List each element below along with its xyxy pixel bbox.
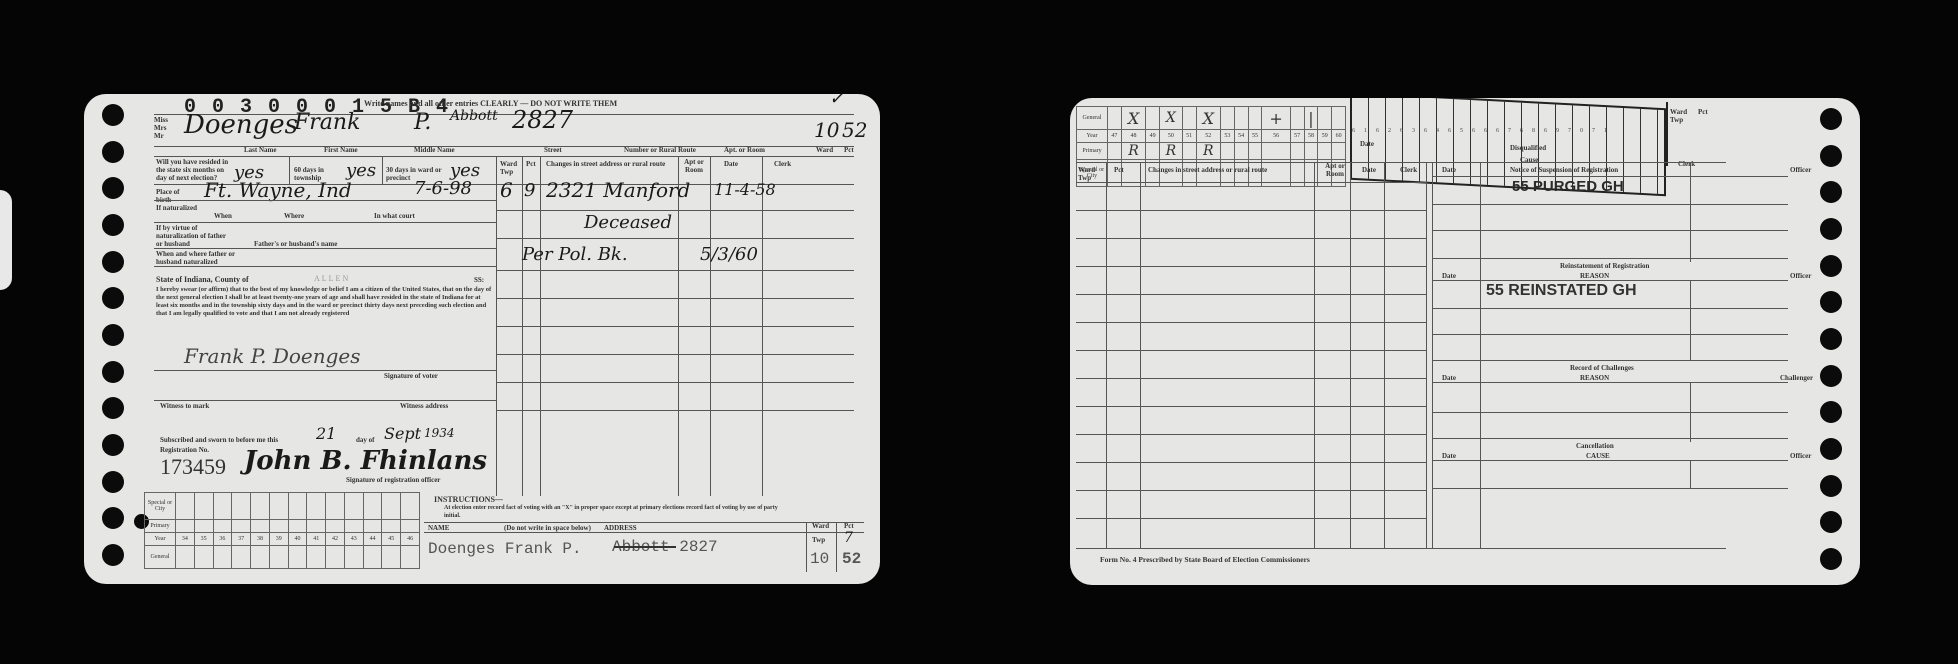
label-number: Number or Rural Route (624, 146, 696, 154)
vote-grid-back: General XXX+| Year 474849505152535455565… (1076, 106, 1346, 187)
street: Abbott (450, 108, 498, 124)
punch-hole (102, 397, 124, 419)
year-cell: 35 (194, 533, 213, 546)
registration-card-back: General XXX+| Year 474849505152535455565… (1070, 98, 1860, 585)
year-cell: 54 (1234, 130, 1248, 143)
label-date: Date (724, 160, 738, 168)
change-address-deceased: Deceased (584, 212, 672, 233)
grid-row-primary: Primary (145, 520, 420, 533)
suspension-stamp: 55 PURGED GH (1512, 178, 1624, 195)
year-cell: 59 (1318, 130, 1332, 143)
year-cell: 60 (1332, 130, 1346, 143)
cancellation-title: Cancellation (1576, 442, 1614, 450)
sworn-month: Sept (384, 424, 421, 443)
grid-row-year: Year 4748495051525354555657585960 (1077, 130, 1346, 143)
label-when-where-father: When and where father or husband natural… (156, 250, 246, 266)
year-cell: 58 (1304, 130, 1318, 143)
label-changes-address: Changes in street address or rural route (546, 160, 676, 168)
label-clerk: Clerk (774, 160, 791, 168)
punch-hole (1820, 145, 1842, 167)
year-cell: 44 (363, 533, 382, 546)
label-twp: Twp (812, 536, 825, 544)
county-value: ALLEN (314, 274, 350, 283)
vote-mark: X (1196, 107, 1220, 130)
street-number: 2827 (512, 106, 573, 134)
row-label: Year (145, 533, 176, 546)
header-instruction: Write names and all other entries CLEARL… (364, 100, 617, 108)
row-label: Primary (1077, 143, 1108, 160)
label-ward-3: Ward (812, 522, 829, 530)
year-cell: 51 (1182, 130, 1196, 143)
suspension-title: Notice of Suspension of Registration (1510, 166, 1618, 174)
form-footer: Form No. 4 Prescribed by State Board of … (1100, 556, 1310, 564)
typed-ward: 10 (810, 550, 829, 568)
label-no-write: (Do not write in space below) (504, 524, 591, 532)
punch-hole (102, 324, 124, 346)
year-cell: 52 (1196, 130, 1220, 143)
punch-hole (102, 434, 124, 456)
label-pct-3: Pct (844, 522, 854, 530)
label-suspension-officer: Officer (1790, 166, 1811, 174)
label-pct: Pct (844, 146, 854, 154)
vote-mark: R (1196, 143, 1220, 160)
label-subscribed: Subscribed and sworn to before me this (160, 436, 278, 444)
year-cell: 45 (382, 533, 401, 546)
grid-row-special: Special or City (145, 493, 420, 520)
place-of-birth-value: Ft. Wayne, Ind (204, 178, 352, 202)
change-date: 11-4-58 (714, 180, 776, 199)
label-registration-no: Registration No. (160, 446, 209, 454)
vote-mark: + (1262, 107, 1290, 130)
row-label: General (145, 546, 176, 569)
year-cell: 50 (1160, 130, 1183, 143)
punch-hole (1820, 511, 1842, 533)
voter-signature: Frank P. Doenges (184, 344, 361, 368)
label-middle-name: Middle Name (414, 146, 455, 154)
label-when: When (214, 212, 232, 220)
challenges-title: Record of Challenges (1570, 364, 1634, 372)
vote-mark: | (1304, 107, 1318, 130)
vote-mark: R (1121, 143, 1145, 160)
punch-hole (102, 361, 124, 383)
label-clerk: Clerk (1400, 166, 1417, 174)
label-last-name: Last Name (244, 146, 276, 154)
change-pct: 9 (524, 180, 535, 201)
year-cell: 36 (213, 533, 232, 546)
year-cell: 47 (1108, 130, 1122, 143)
label-pct: Pct (1114, 166, 1124, 174)
grid-row-general: General XXX+| (1077, 107, 1346, 130)
year-cell: 39 (269, 533, 288, 546)
previous-card-edge (0, 190, 12, 290)
label-reinstatement-reason: REASON (1580, 272, 1609, 280)
punch-hole (102, 544, 124, 566)
change-ward-twp: 6 (500, 178, 513, 202)
vote-mark: X (1121, 107, 1145, 130)
change-date-2: 5/3/60 (700, 244, 758, 265)
label-ss: SS: (474, 276, 484, 284)
label-state-county: State of Indiana, County of (156, 276, 249, 284)
year-cell: 41 (307, 533, 326, 546)
reinstatement-title: Reinstatement of Registration (1560, 262, 1649, 270)
punch-hole (102, 104, 124, 126)
label-reinstatement-officer: Officer (1790, 272, 1811, 280)
label-pct-2: Pct (526, 160, 536, 168)
label-place-of-birth: Place of birth (156, 188, 196, 204)
label-witness-address: Witness address (400, 402, 448, 410)
punch-hole (1820, 291, 1842, 313)
oath-text: I hereby swear (or affirm) that to the b… (156, 286, 492, 318)
label-ward-twp: Ward Twp (1078, 166, 1104, 182)
registration-number: 173459 (160, 454, 226, 480)
change-address: 2321 Manford (546, 178, 690, 202)
overlay-date-label: Date (1360, 140, 1374, 148)
grid-row-general: General (145, 546, 420, 569)
ward-value: 10 (814, 118, 839, 142)
punch-hole (1820, 548, 1842, 570)
officer-signature: John B. Fhinlans (244, 446, 487, 476)
typed-pct: 52 (842, 550, 861, 568)
row-label: General (1077, 107, 1108, 130)
punch-hole (1820, 475, 1842, 497)
vote-mark: X (1160, 107, 1183, 130)
year-cell: 57 (1290, 130, 1304, 143)
label-cancellation-officer: Officer (1790, 452, 1811, 460)
reinstatement-stamp: 55 REINSTATED GH (1486, 282, 1637, 300)
label-ward: Ward (816, 146, 833, 154)
label-challenges-date: Date (1442, 374, 1456, 382)
row-label: Primary (145, 520, 176, 533)
punch-hole (1820, 108, 1842, 130)
punch-hole (102, 177, 124, 199)
punch-hole (1820, 365, 1842, 387)
label-cancellation-date: Date (1442, 452, 1456, 460)
year-cell: 38 (251, 533, 270, 546)
year-cell: 46 (401, 533, 420, 546)
first-name: Frank (294, 110, 360, 135)
instructions-text: At election enter record fact of voting … (444, 504, 784, 520)
punch-hole (102, 141, 124, 163)
punch-hole (1820, 401, 1842, 423)
year-cell: 53 (1220, 130, 1234, 143)
label-father-name: Father's or husband's name (254, 240, 337, 248)
punch-holes-left (102, 104, 124, 566)
punch-hole (102, 251, 124, 273)
year-cell: 49 (1146, 130, 1160, 143)
label-address: ADDRESS (604, 524, 637, 532)
year-cell: 37 (232, 533, 251, 546)
overlay-disqualified-label: Disqualified (1510, 144, 1546, 152)
label-where: Where (284, 212, 304, 220)
label-signature-voter: Signature of voter (384, 372, 438, 380)
year-cell: 56 (1262, 130, 1290, 143)
year-cell: 40 (288, 533, 307, 546)
label-signature-officer: Signature of registration officer (346, 476, 440, 484)
birth-date-value: 7-6-98 (414, 178, 472, 199)
punch-hole (102, 507, 124, 529)
row-label: Year (1077, 130, 1108, 143)
instructions-title: INSTRUCTIONS— (434, 496, 503, 504)
label-day-of: day of (356, 436, 374, 444)
overlay-ward-twp: Ward Twp (1670, 108, 1690, 124)
registration-card-front: 0 0 3 0 0 0 1 5 B 4 Write names and all … (84, 94, 880, 584)
punch-hole (102, 471, 124, 493)
grid-row-year: Year 34353637383940414243444546 (145, 533, 420, 546)
label-challenger: Challenger (1780, 374, 1813, 382)
punch-hole (102, 214, 124, 236)
sworn-day: 21 (316, 424, 336, 443)
label-naturalized: If naturalized (156, 204, 206, 212)
last-name: Doenges (184, 110, 298, 140)
label-suspension-date: Date (1442, 166, 1456, 174)
label-date: Date (1362, 166, 1376, 174)
label-name: NAME (428, 524, 449, 532)
label-first-name: First Name (324, 146, 358, 154)
change-address-per-pol-bk: Per Pol. Bk. (522, 244, 628, 265)
check-mark: ✓ (829, 94, 844, 109)
year-cell: 55 (1248, 130, 1262, 143)
pct-correction: 7 (844, 530, 853, 546)
label-court: In what court (374, 212, 415, 220)
label-witness-mark: Witness to mark (160, 402, 209, 410)
sworn-year: 1934 (424, 426, 455, 440)
label-apt-room: Apt or Room (1320, 162, 1350, 178)
vote-mark: R (1160, 143, 1183, 160)
label-cancellation-cause: CAUSE (1586, 452, 1610, 460)
pct-value: 52 (842, 118, 867, 142)
label-changes-address: Changes in street address or rural route (1148, 166, 1267, 174)
year-cell: 34 (176, 533, 195, 546)
punch-hole (102, 287, 124, 309)
punch-holes-right (1820, 108, 1842, 570)
vote-grid-front: Special or City Primary Year 34353637383… (144, 492, 420, 569)
label-street: Street (544, 146, 562, 154)
prefix-labels: Miss Mrs Mr (154, 116, 174, 140)
punch-hole (1820, 438, 1842, 460)
grid-row-primary: Primary RRR (1077, 143, 1346, 160)
label-challenges-reason: REASON (1580, 374, 1609, 382)
label-ward-twp: Ward Twp (500, 160, 520, 176)
row-label: Special or City (145, 493, 176, 520)
strike-through (614, 546, 676, 548)
punch-hole (1820, 181, 1842, 203)
year-cell: 43 (344, 533, 363, 546)
year-cell: 48 (1121, 130, 1145, 143)
punch-hole (1820, 218, 1842, 240)
typed-name: Doenges Frank P. (428, 540, 582, 558)
punch-hole (1820, 328, 1842, 350)
overlay-years: 6162636465666768697071 (1352, 128, 1662, 134)
punch-hole (1820, 255, 1842, 277)
year-cell: 42 (326, 533, 345, 546)
label-apt-room: Apt or Room (682, 158, 706, 174)
label-apt: Apt. or Room (724, 146, 765, 154)
overlay-pct: Pct (1698, 108, 1708, 116)
label-reinstatement-date: Date (1442, 272, 1456, 280)
label-virtue: If by virtue of naturalization of father… (156, 224, 226, 248)
middle-name: P. (414, 110, 431, 135)
